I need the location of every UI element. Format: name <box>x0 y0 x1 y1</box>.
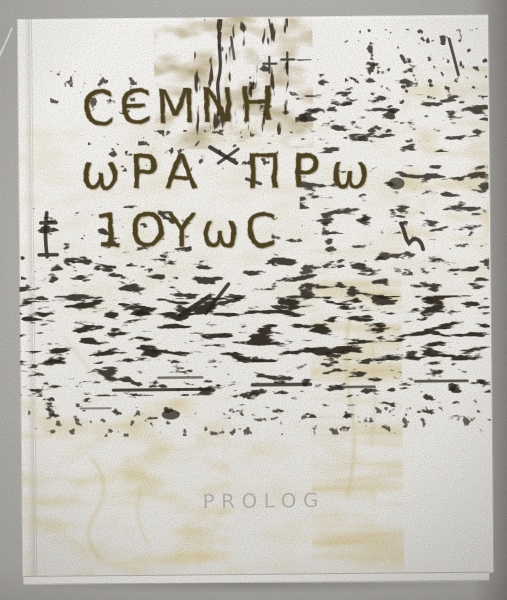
publisher-label: PROLOG <box>202 489 325 513</box>
handwriting-line-3: 1OYωC <box>95 207 282 254</box>
book-shadow-bottom <box>22 583 474 593</box>
photograph: CЄMNH ωPA ΠPω 1OYωC PROLOG <box>0 0 507 600</box>
book: CЄMNH ωPA ΠPω 1OYωC PROLOG <box>17 15 492 584</box>
handwriting-line-2: ωPA ΠPω <box>80 148 379 196</box>
handwriting-line-1: CЄMNH <box>81 81 279 133</box>
